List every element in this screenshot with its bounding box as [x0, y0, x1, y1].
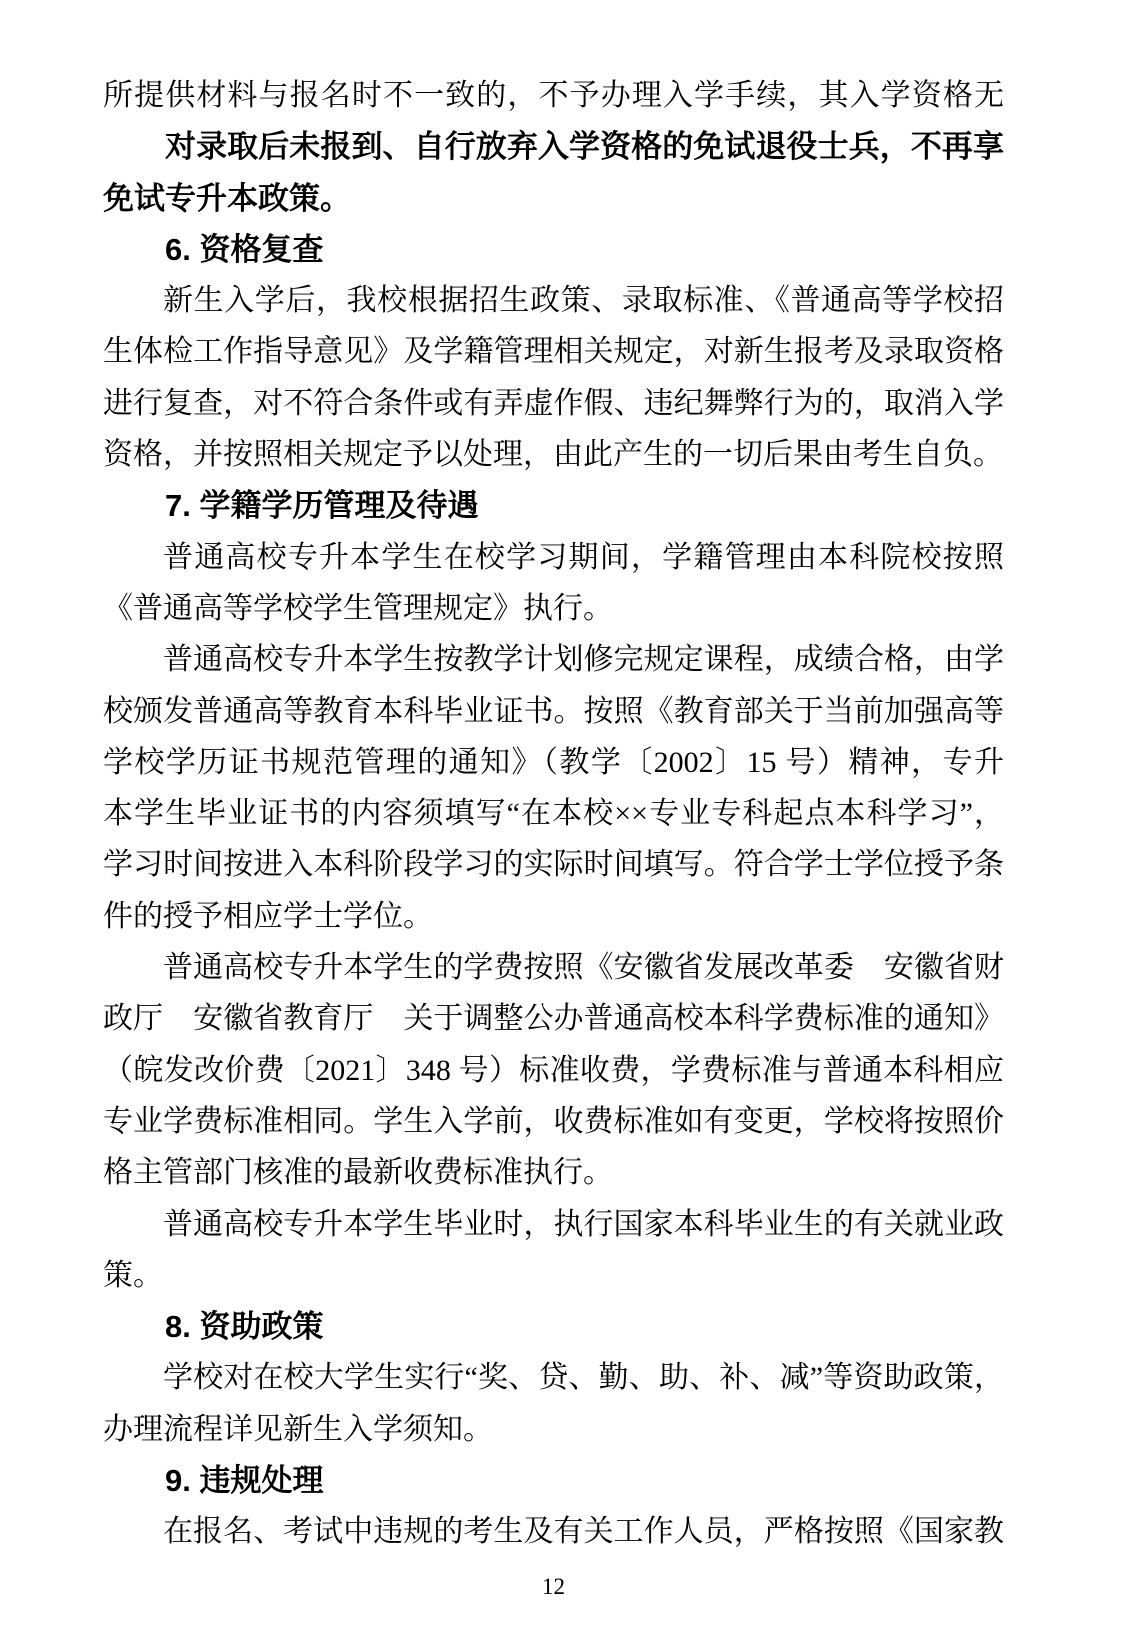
text-line: 学习时间按进入本科阶段学习的实际时间填写。符合学士学位授予条 [103, 839, 1004, 890]
section-heading-block: 8. 资助政策 [103, 1301, 1004, 1352]
paragraph-block: 普通高校专升本学生按教学计划修完规定课程，成绩合格，由学校颁发普通高等教育本科毕… [103, 634, 1004, 942]
section-heading-block: 7. 学籍学历管理及待遇 [103, 480, 1004, 531]
section-heading-block: 9. 违规处理 [103, 1455, 1004, 1506]
page-number: 12 [103, 1572, 1004, 1602]
text-line: 普通高校专升本学生毕业时，执行国家本科毕业生的有关就业政 [103, 1199, 1004, 1250]
text-line: 普通高校专升本学生在校学习期间，学籍管理由本科院校按照 [103, 532, 1004, 583]
section-heading-block: 6. 资格复查 [103, 224, 1004, 275]
paragraph-block: 所提供材料与报名时不一致的，不予办理入学手续，其入学资格无效。 [103, 70, 1004, 121]
paragraph-block: 在报名、考试中违规的考生及有关工作人员，严格按照《国家教 [103, 1506, 1004, 1557]
section-heading: 7. 学籍学历管理及待遇 [103, 480, 1004, 531]
text-line: 新生入学后，我校根据招生政策、录取标准、《普通高等学校招 [103, 275, 1004, 326]
text-line: 本学生毕业证书的内容须填写“在本校××专业专科起点本科学习”， [103, 788, 1004, 839]
paragraph-block: 普通高校专升本学生毕业时，执行国家本科毕业生的有关就业政策。 [103, 1199, 1004, 1302]
paragraph-block: 对录取后未报到、自行放弃入学资格的免试退役士兵，不再享受免试专升本政策。 [103, 121, 1004, 224]
text-line: 生体检工作指导意见》及学籍管理相关规定，对新生报考及录取资格 [103, 326, 1004, 377]
paragraph-block: 新生入学后，我校根据招生政策、录取标准、《普通高等学校招生体检工作指导意见》及学… [103, 275, 1004, 480]
text-line: 进行复查，对不符合条件或有弄虚作假、违纪舞弊行为的，取消入学 [103, 378, 1004, 429]
section-heading: 8. 资助政策 [103, 1301, 1004, 1352]
section-heading: 6. 资格复查 [103, 224, 1004, 275]
text-line: 校颁发普通高等教育本科毕业证书。按照《教育部关于当前加强高等 [103, 686, 1004, 737]
text-line: 普通高校专升本学生的学费按照《安徽省发展改革委 安徽省财 [103, 942, 1004, 993]
document-page: 所提供材料与报名时不一致的，不予办理入学手续，其入学资格无效。对录取后未报到、自… [0, 0, 1140, 1630]
text-line: （皖发改价费〔2021〕348 号）标准收费，学费标准与普通本科相应 [103, 1045, 1004, 1096]
text-line: 办理流程详见新生入学须知。 [103, 1404, 1004, 1455]
text-line: 所提供材料与报名时不一致的，不予办理入学手续，其入学资格无效。 [103, 70, 1004, 121]
text-line: 免试专升本政策。 [103, 173, 1004, 224]
paragraph-block: 普通高校专升本学生在校学习期间，学籍管理由本科院校按照《普通高等学校学生管理规定… [103, 532, 1004, 635]
paragraph-block: 学校对在校大学生实行“奖、贷、勤、助、补、减”等资助政策，办理流程详见新生入学须… [103, 1352, 1004, 1455]
text-line: 《普通高等学校学生管理规定》执行。 [103, 583, 1004, 634]
text-line: 在报名、考试中违规的考生及有关工作人员，严格按照《国家教 [103, 1506, 1004, 1557]
text-line: 资格，并按照相关规定予以处理，由此产生的一切后果由考生自负。 [103, 429, 1004, 480]
text-line: 对录取后未报到、自行放弃入学资格的免试退役士兵，不再享受 [103, 121, 1004, 172]
text-line: 件的授予相应学士学位。 [103, 891, 1004, 942]
text-line: 格主管部门核准的最新收费标准执行。 [103, 1147, 1004, 1198]
text-line: 专业学费标准相同。学生入学前，收费标准如有变更，学校将按照价 [103, 1096, 1004, 1147]
text-line: 策。 [103, 1250, 1004, 1301]
paragraph-block: 普通高校专升本学生的学费按照《安徽省发展改革委 安徽省财政厅 安徽省教育厅 关于… [103, 942, 1004, 1198]
text-line: 学校学历证书规范管理的通知》（教学〔2002〕15 号）精神，专升 [103, 737, 1004, 788]
document-content: 所提供材料与报名时不一致的，不予办理入学手续，其入学资格无效。对录取后未报到、自… [103, 70, 1004, 1558]
text-line: 普通高校专升本学生按教学计划修完规定课程，成绩合格，由学 [103, 634, 1004, 685]
text-line: 政厅 安徽省教育厅 关于调整公办普通高校本科学费标准的通知》 [103, 993, 1004, 1044]
text-line: 学校对在校大学生实行“奖、贷、勤、助、补、减”等资助政策， [103, 1352, 1004, 1403]
section-heading: 9. 违规处理 [103, 1455, 1004, 1506]
